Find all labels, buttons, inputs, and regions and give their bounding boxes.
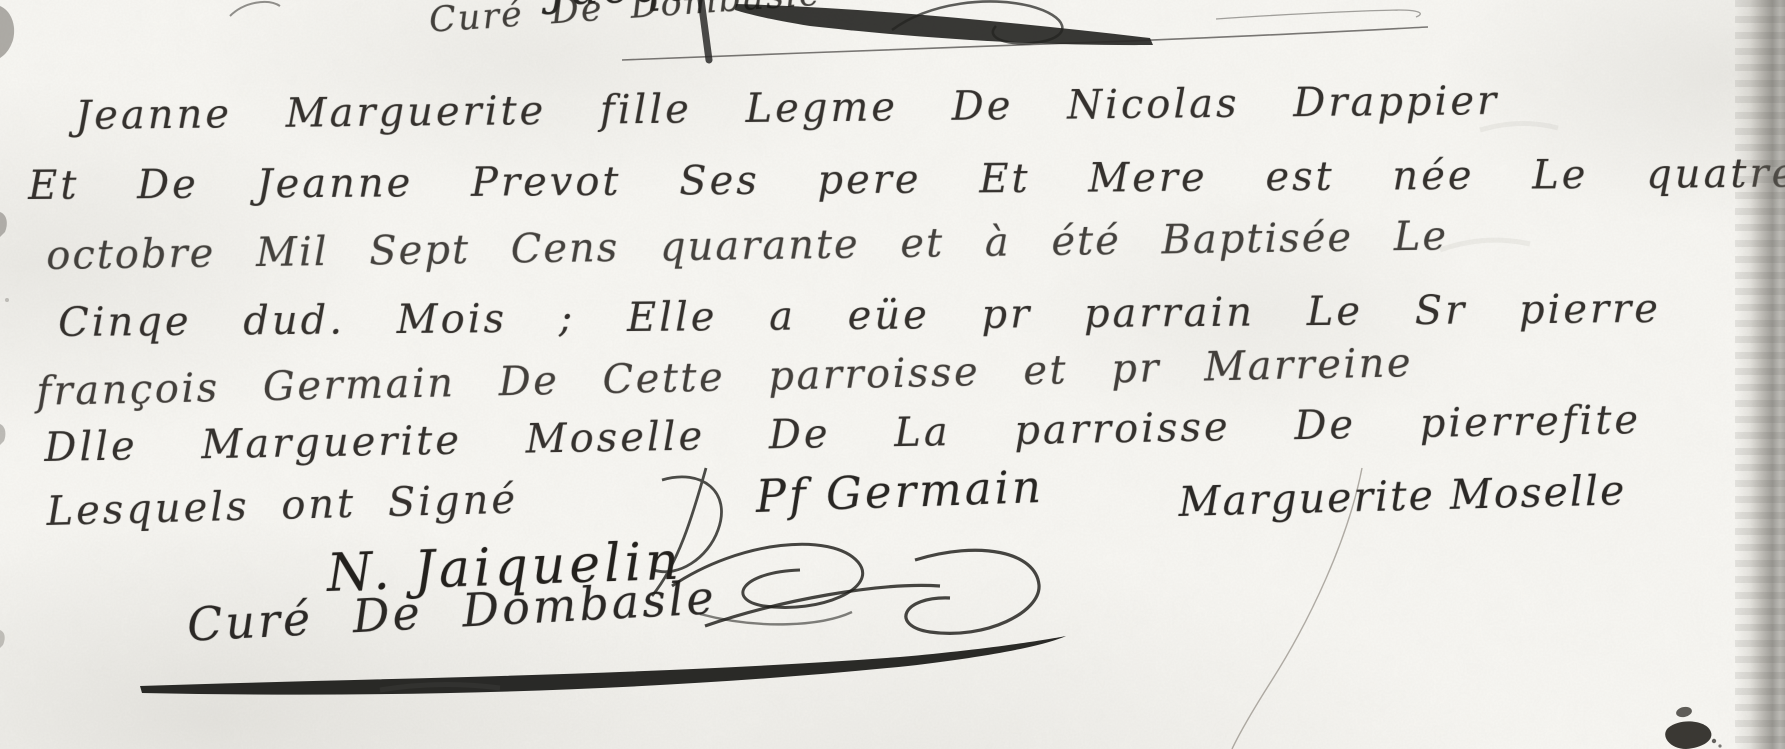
left-edge-smudge-top <box>0 6 14 58</box>
left-edge-mark-2 <box>0 424 5 445</box>
previous-entry-cure-line: Curé De Dombasle <box>428 0 823 39</box>
record-line-7: Lesquels ont Signé <box>46 480 519 532</box>
record-line-2: Et De Jeanne Prevot Ses pere Et Mere est… <box>28 154 1785 206</box>
ink-blot-dot-1 <box>1712 739 1716 743</box>
top-faint-hook-line <box>1216 10 1420 19</box>
parish-register-scan: Jacquelin Curé De Dombasle Jeanne Margue… <box>0 0 1785 749</box>
page-binding-gutter-shadow <box>1735 0 1785 749</box>
ink-blot-large <box>1665 721 1711 749</box>
record-line-6: Dlle Marguerite Moselle De La parroisse … <box>44 400 1641 468</box>
left-edge-mark-1 <box>0 212 7 237</box>
dombasle-flourish <box>705 550 1039 633</box>
top-thin-underline <box>622 27 1428 60</box>
record-line-1: Jeanne Marguerite fille Legme De Nicolas… <box>75 81 1499 136</box>
record-line-5: françois Germain De Cette parroisse et p… <box>36 343 1414 412</box>
top-paraph-flourish <box>892 1 1062 43</box>
ink-blot-small <box>1675 705 1693 718</box>
signature-godfather: Pf Germain <box>755 464 1045 519</box>
left-edge-mark-3 <box>0 630 5 648</box>
top-left-loop-fragment <box>230 2 280 16</box>
record-line-3: octobre Mil Sept Cens quarante et à été … <box>46 216 1448 276</box>
record-line-4: Cinqe dud. Mois ; Elle a eüe pr parrain … <box>58 289 1661 343</box>
left-edge-dot <box>5 298 9 302</box>
signature-priest-title: Curé De Dombasle <box>186 574 718 648</box>
ink-blot-dot-2 <box>1718 744 1721 747</box>
signature-godmother: Marguerite Moselle <box>1178 470 1627 523</box>
jacquelin-paraph-tail <box>700 612 852 624</box>
